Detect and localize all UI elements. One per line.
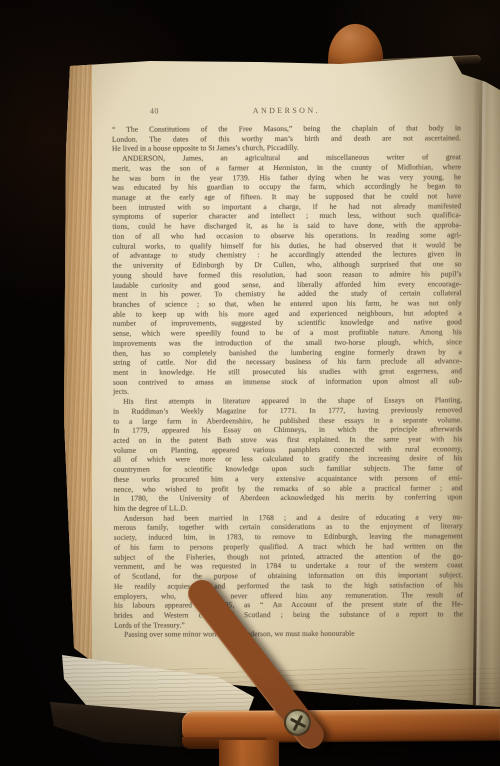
text-line: brides and Western coasts of Scotland ; … <box>114 609 463 620</box>
running-head: ANDERSON. <box>112 105 461 116</box>
text-line: in 1780, the University of Aberdeen ackn… <box>114 493 463 504</box>
book-photograph-scene: 40 ANDERSON. “ The Constitutions of the … <box>0 0 500 766</box>
stand-post <box>219 740 279 766</box>
pivot-screw <box>284 709 311 736</box>
printed-page-content: 40 ANDERSON. “ The Constitutions of the … <box>112 105 463 640</box>
text-line: Passing over some minor works of Dr Ande… <box>114 629 463 640</box>
page-fore-edge <box>58 52 92 714</box>
text-line: soon contrived to amass an immense stock… <box>113 376 462 387</box>
page-header: 40 ANDERSON. <box>112 105 461 125</box>
book-page: 40 ANDERSON. “ The Constitutions of the … <box>58 52 500 714</box>
page-number: 40 <box>150 107 159 116</box>
page-text: “ The Constitutions of the Free Masons,”… <box>112 123 463 640</box>
